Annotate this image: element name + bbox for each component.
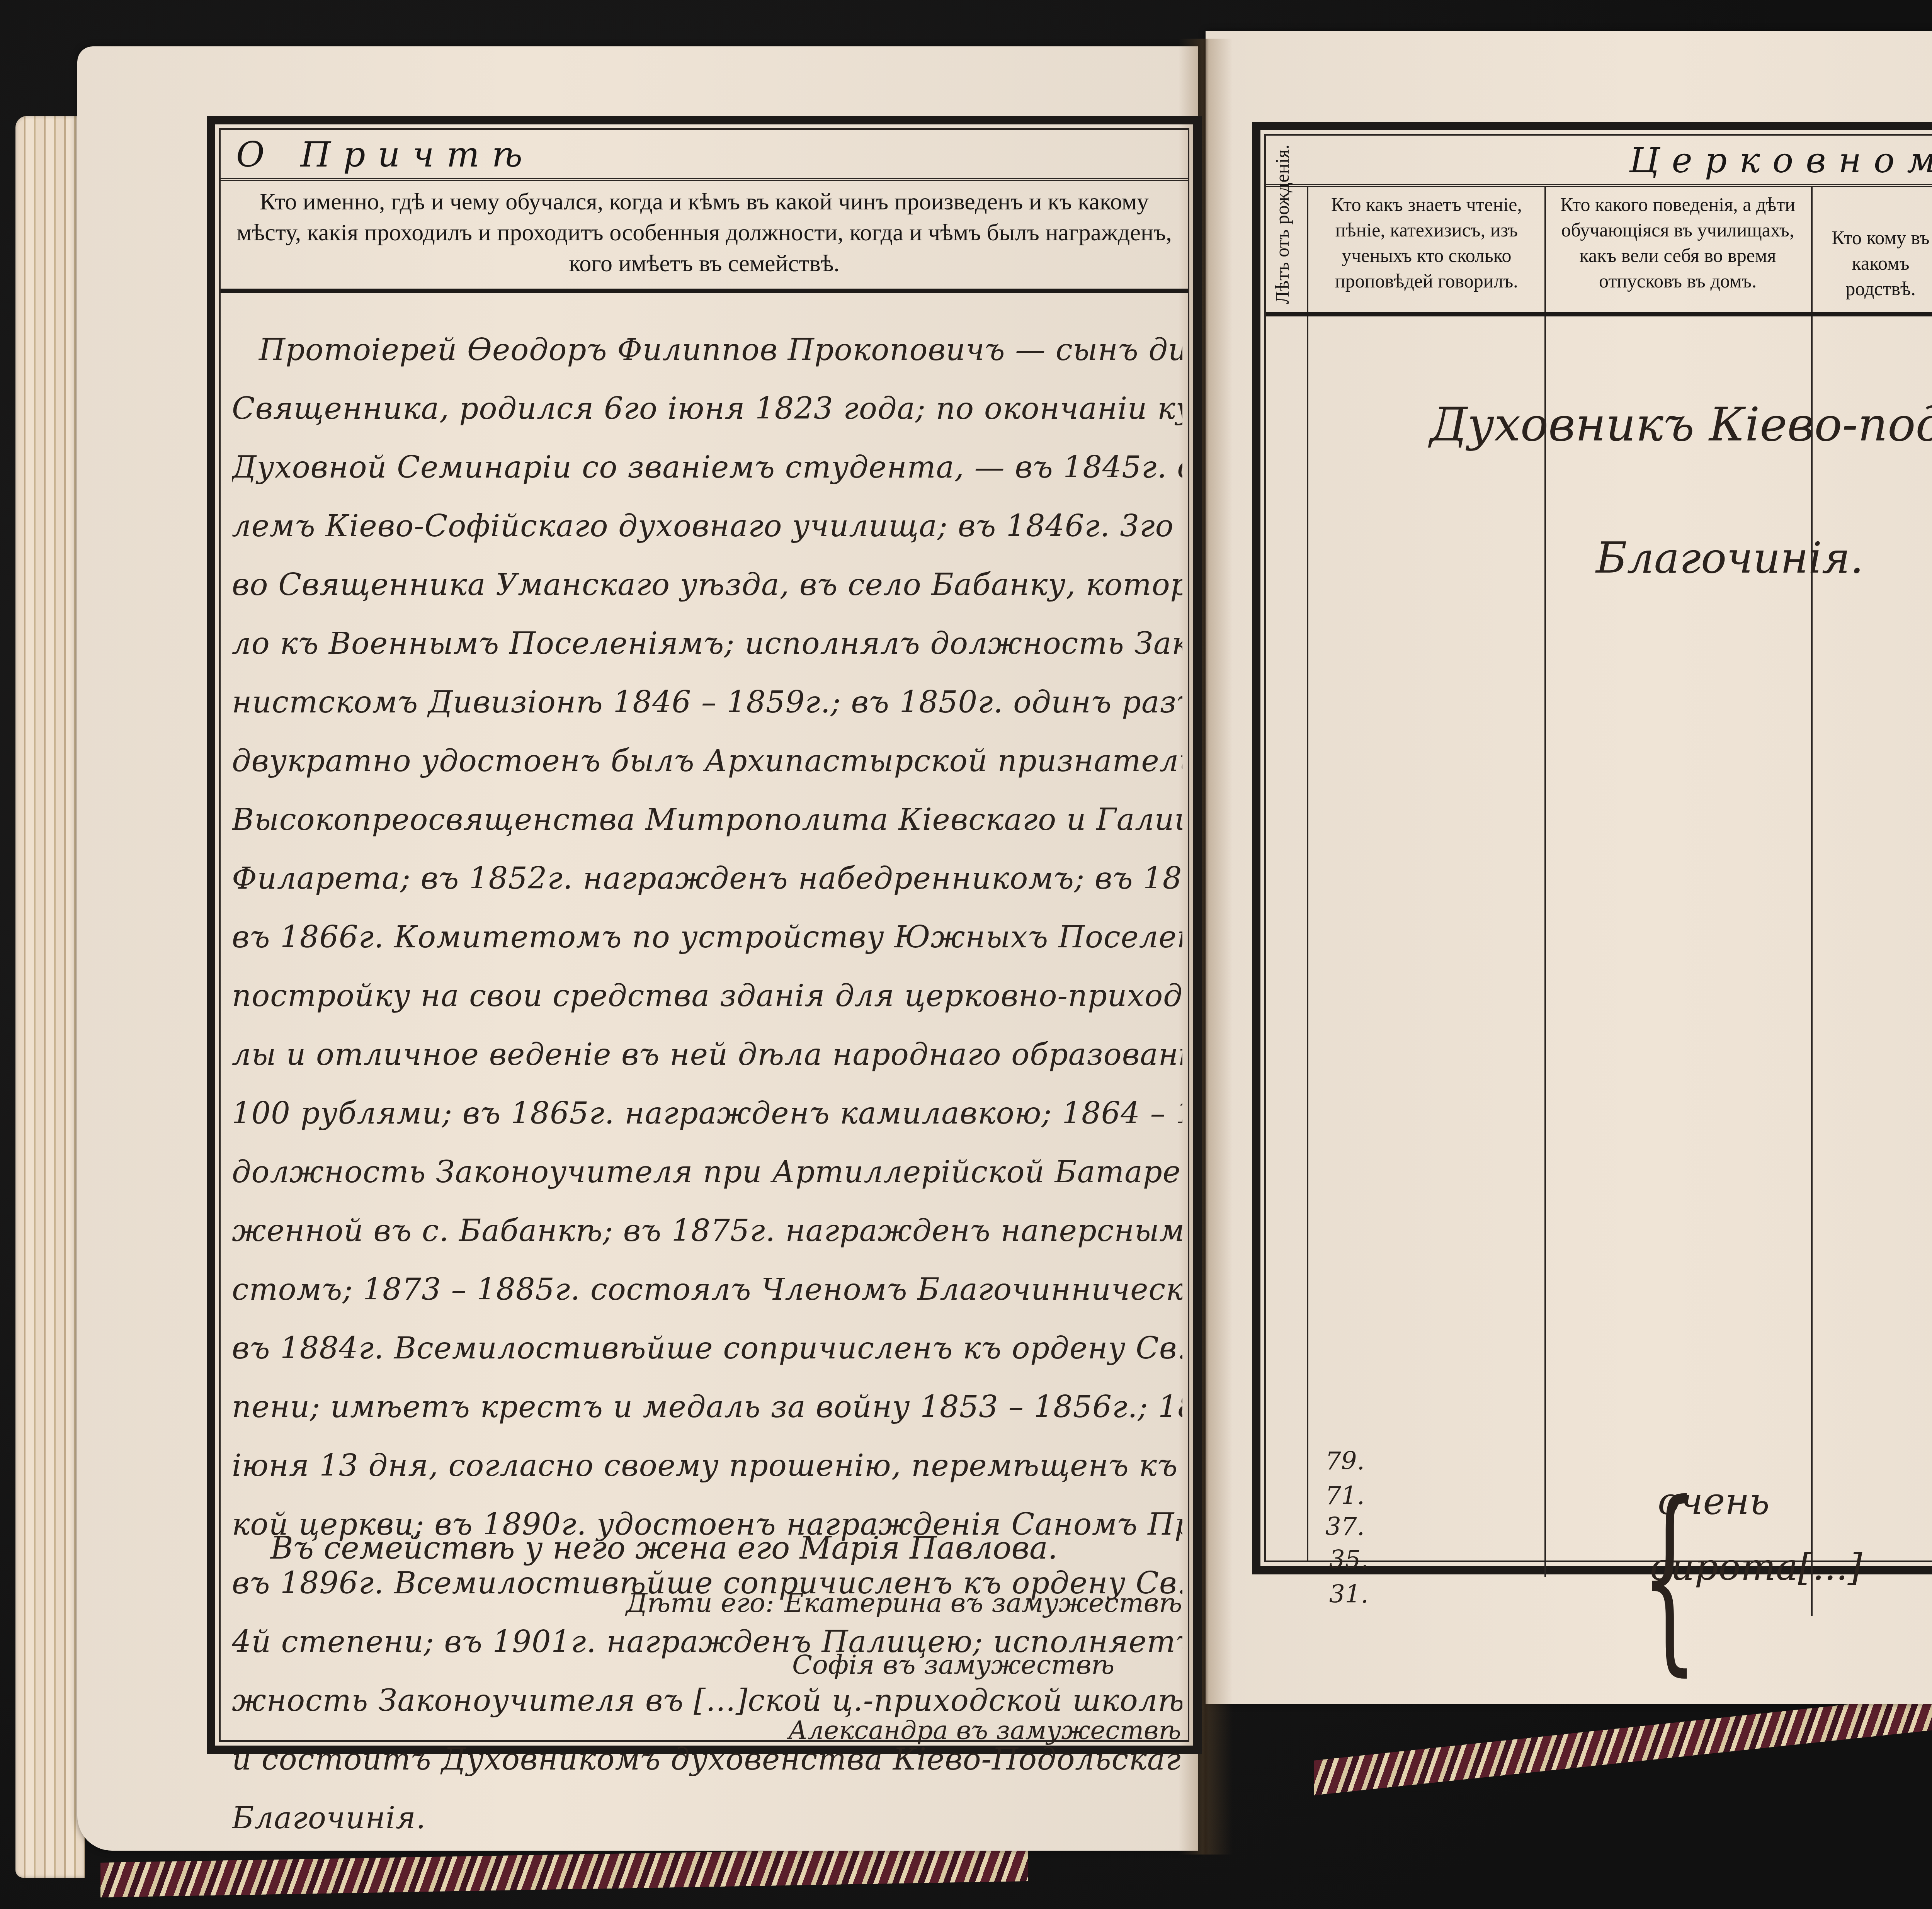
entry-line: нистскомъ Дивизіонѣ 1846 – 1859г.; въ 18… bbox=[232, 673, 1182, 732]
col-header-age: Лѣтъ отъ рожденія. bbox=[1271, 144, 1293, 304]
left-section-title: О Причтѣ bbox=[236, 134, 535, 175]
entry-line: въ 1866г. Комитетомъ по устройству Южных… bbox=[232, 908, 1182, 967]
entry-line: постройку на свои средства зданія для це… bbox=[232, 967, 1182, 1025]
marbled-book-edge-bottom-left bbox=[100, 1846, 1028, 1897]
right-printed-frame: Церковномъ. 140 Лѣтъ отъ рожденія. Кто к… bbox=[1252, 122, 1932, 1574]
entry-line: 100 рублями; въ 1865г. награжденъ камила… bbox=[232, 1084, 1182, 1143]
age-value: 31. bbox=[1329, 1580, 1369, 1609]
family-intro: Въ семействѣ у него жена его Марія Павло… bbox=[270, 1530, 1058, 1566]
entry-line: Протоіерей Өеодоръ Филиппов Прокоповичъ … bbox=[232, 321, 1182, 379]
entry-line: женной въ с. Бабанкѣ; въ 1875г. награжде… bbox=[232, 1202, 1182, 1260]
age-value: 37. bbox=[1325, 1513, 1365, 1541]
family-member: Екатерина въ замужествѣ bbox=[784, 1588, 1182, 1618]
children-label: Дѣти его: bbox=[626, 1588, 774, 1618]
age-value: 79. bbox=[1325, 1447, 1365, 1476]
entry-line: стомъ; 1873 – 1885г. состоялъ Членомъ Бл… bbox=[232, 1260, 1182, 1319]
right-title-row: Церковномъ. 140 bbox=[1266, 136, 1932, 187]
page-stack-edge bbox=[15, 116, 85, 1878]
entry-line: Благочинія. bbox=[232, 1789, 1182, 1848]
entry-line: Высокопреосвященства Митрополита Кіевска… bbox=[232, 790, 1182, 849]
entry-line: въ 1884г. Всемилостивѣйше сопричисленъ к… bbox=[232, 1319, 1182, 1378]
left-column-header: Кто именно, гдѣ и чему обучался, когда и… bbox=[233, 186, 1176, 279]
entry-line: ло къ Военнымъ Поселеніямъ; исполнялъ до… bbox=[232, 614, 1182, 673]
entry-line: должность Законоучителя при Артиллерійск… bbox=[232, 1143, 1182, 1202]
kinship-note: сирота[...] bbox=[1650, 1545, 1862, 1589]
right-section-title: Церковномъ. bbox=[1629, 140, 1932, 181]
entry-line: двукратно удостоенъ былъ Архипастырской … bbox=[232, 732, 1182, 790]
clergy-entry-text: Протоіерей Өеодоръ Филиппов Прокоповичъ … bbox=[232, 321, 1182, 1848]
family-member: Александра въ замужествѣ bbox=[788, 1715, 1181, 1745]
open-register-book: О Причтѣ Кто именно, гдѣ и чему обучался… bbox=[0, 0, 1932, 1909]
entry-line: во Священника Уманскаго уѣзда, въ село Б… bbox=[232, 556, 1182, 614]
col-header-kinship: Кто кому въ какомъ родствѣ. bbox=[1813, 186, 1932, 310]
age-value: 35. bbox=[1329, 1545, 1369, 1574]
age-value: 71. bbox=[1325, 1482, 1365, 1510]
left-title-row: О Причтѣ bbox=[221, 130, 1188, 181]
entry-line: пени; имѣетъ крестъ и медаль за войну 18… bbox=[232, 1378, 1182, 1436]
entry-line: Филарета; въ 1852г. награжденъ набедренн… bbox=[232, 849, 1182, 908]
family-member: Софія въ замужествѣ bbox=[792, 1650, 1114, 1680]
entry-line: Духовной Семинаріи со званіемъ студента,… bbox=[232, 438, 1182, 497]
entry-line: Священника, родился 6го іюня 1823 года; … bbox=[232, 379, 1182, 438]
entry-line: лемъ Кіево-Софійскаго духовнаго училища;… bbox=[232, 497, 1182, 556]
deanery-note: Благочинія. bbox=[1596, 533, 1864, 583]
col-header-conduct: Кто какого поведенія, а дѣти обучающіяся… bbox=[1546, 186, 1809, 310]
spiritual-father-note: Духовникъ Кіево-подольскаго bbox=[1430, 398, 1932, 452]
entry-line: іюня 13 дня, согласно своему прошенію, п… bbox=[232, 1436, 1182, 1495]
col-header-reading: Кто какъ знаетъ чтеніе, пѣніе, катехизис… bbox=[1311, 186, 1543, 310]
kinship-note: очень bbox=[1658, 1480, 1770, 1523]
entry-line: лы и отличное веденіе въ ней дѣла народн… bbox=[232, 1025, 1182, 1084]
